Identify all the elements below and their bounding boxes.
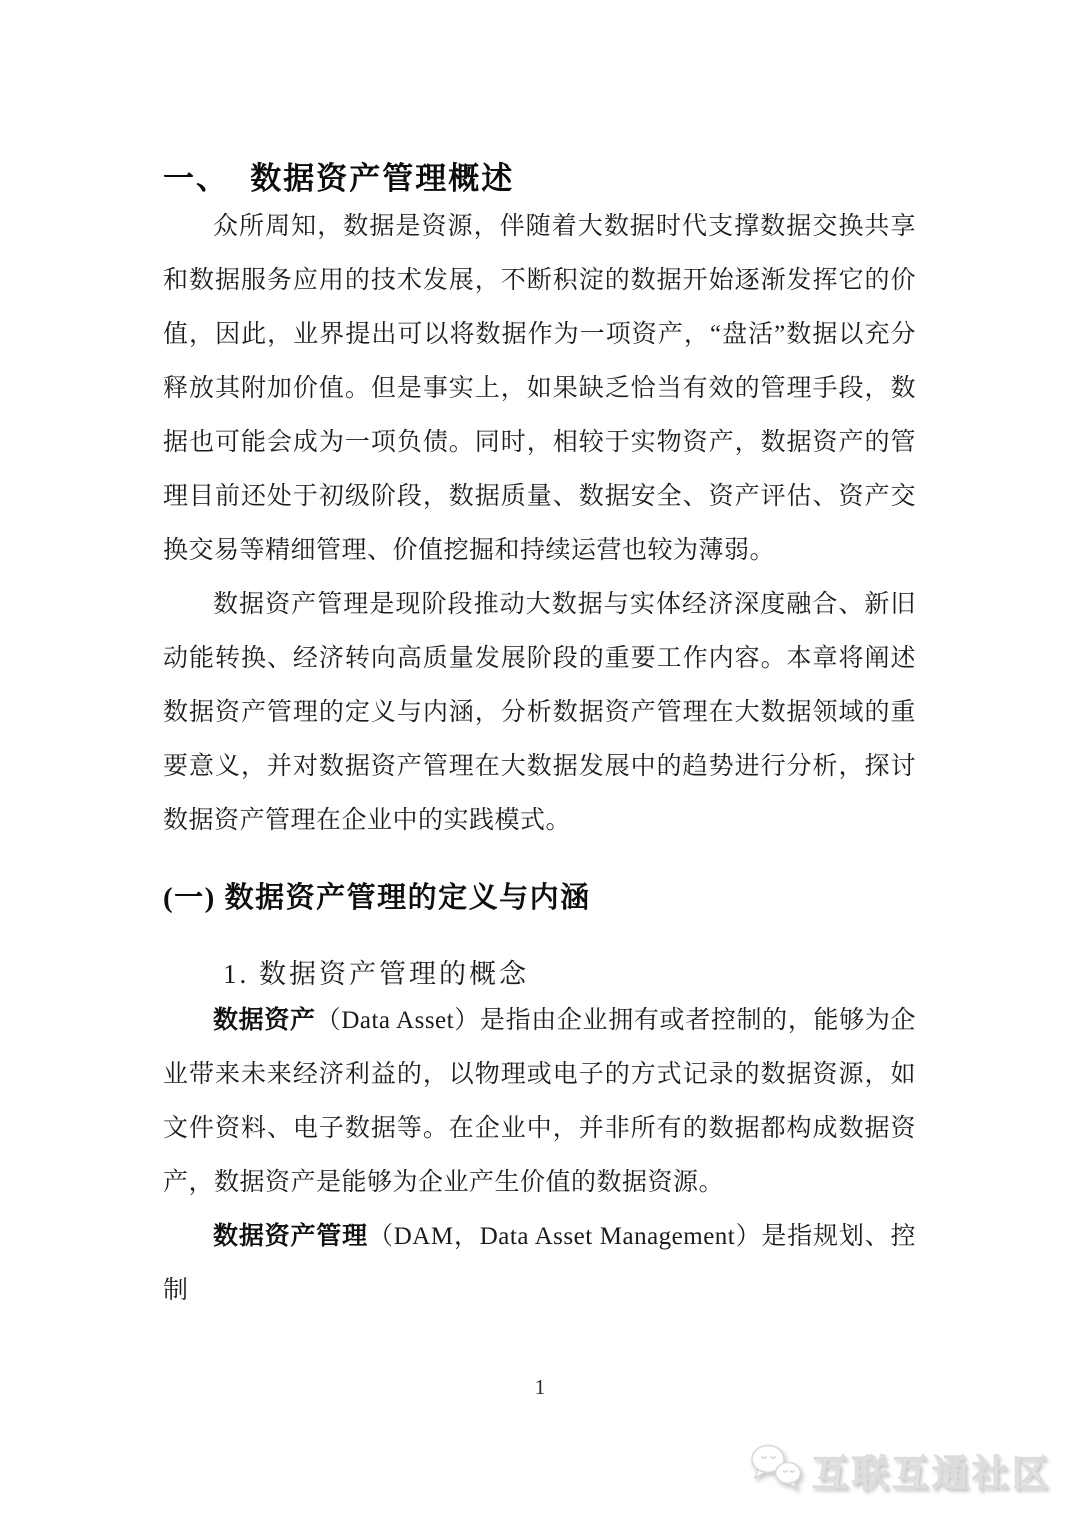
data-asset-definition-text: （Data Asset）是指由企业拥有或者控制的，能够为企业带来未来经济利益的，…	[163, 1007, 916, 1196]
wechat-chat-bubbles-icon	[748, 1442, 806, 1497]
data-asset-term: 数据资产	[213, 1007, 316, 1034]
page-number: 1	[0, 1372, 1080, 1402]
section-heading: (一) 数据资产管理的定义与内涵	[163, 876, 916, 920]
paragraph-dam-definition: 数据资产管理（DAM，Data Asset Management）是指规划、控制	[163, 1210, 916, 1318]
watermark: 互联互通社区	[748, 1442, 1052, 1497]
paragraph-data-asset-definition: 数据资产（Data Asset）是指由企业拥有或者控制的，能够为企业带来未来经济…	[163, 994, 916, 1210]
paragraph-chapter-scope: 数据资产管理是现阶段推动大数据与实体经济深度融合、新旧动能转换、经济转向高质量发…	[163, 578, 916, 848]
subsection-heading: 1. 数据资产管理的概念	[223, 954, 916, 994]
document-page: 一、 数据资产管理概述 众所周知，数据是资源，伴随着大数据时代支撑数据交换共享和…	[0, 0, 1080, 1527]
dam-term: 数据资产管理	[213, 1223, 368, 1250]
document-content: 一、 数据资产管理概述 众所周知，数据是资源，伴随着大数据时代支撑数据交换共享和…	[163, 0, 916, 1318]
paragraph-intro: 众所周知，数据是资源，伴随着大数据时代支撑数据交换共享和数据服务应用的技术发展，…	[163, 200, 916, 578]
watermark-label: 互联互通社区	[812, 1443, 1052, 1497]
chapter-heading: 一、 数据资产管理概述	[163, 158, 916, 200]
